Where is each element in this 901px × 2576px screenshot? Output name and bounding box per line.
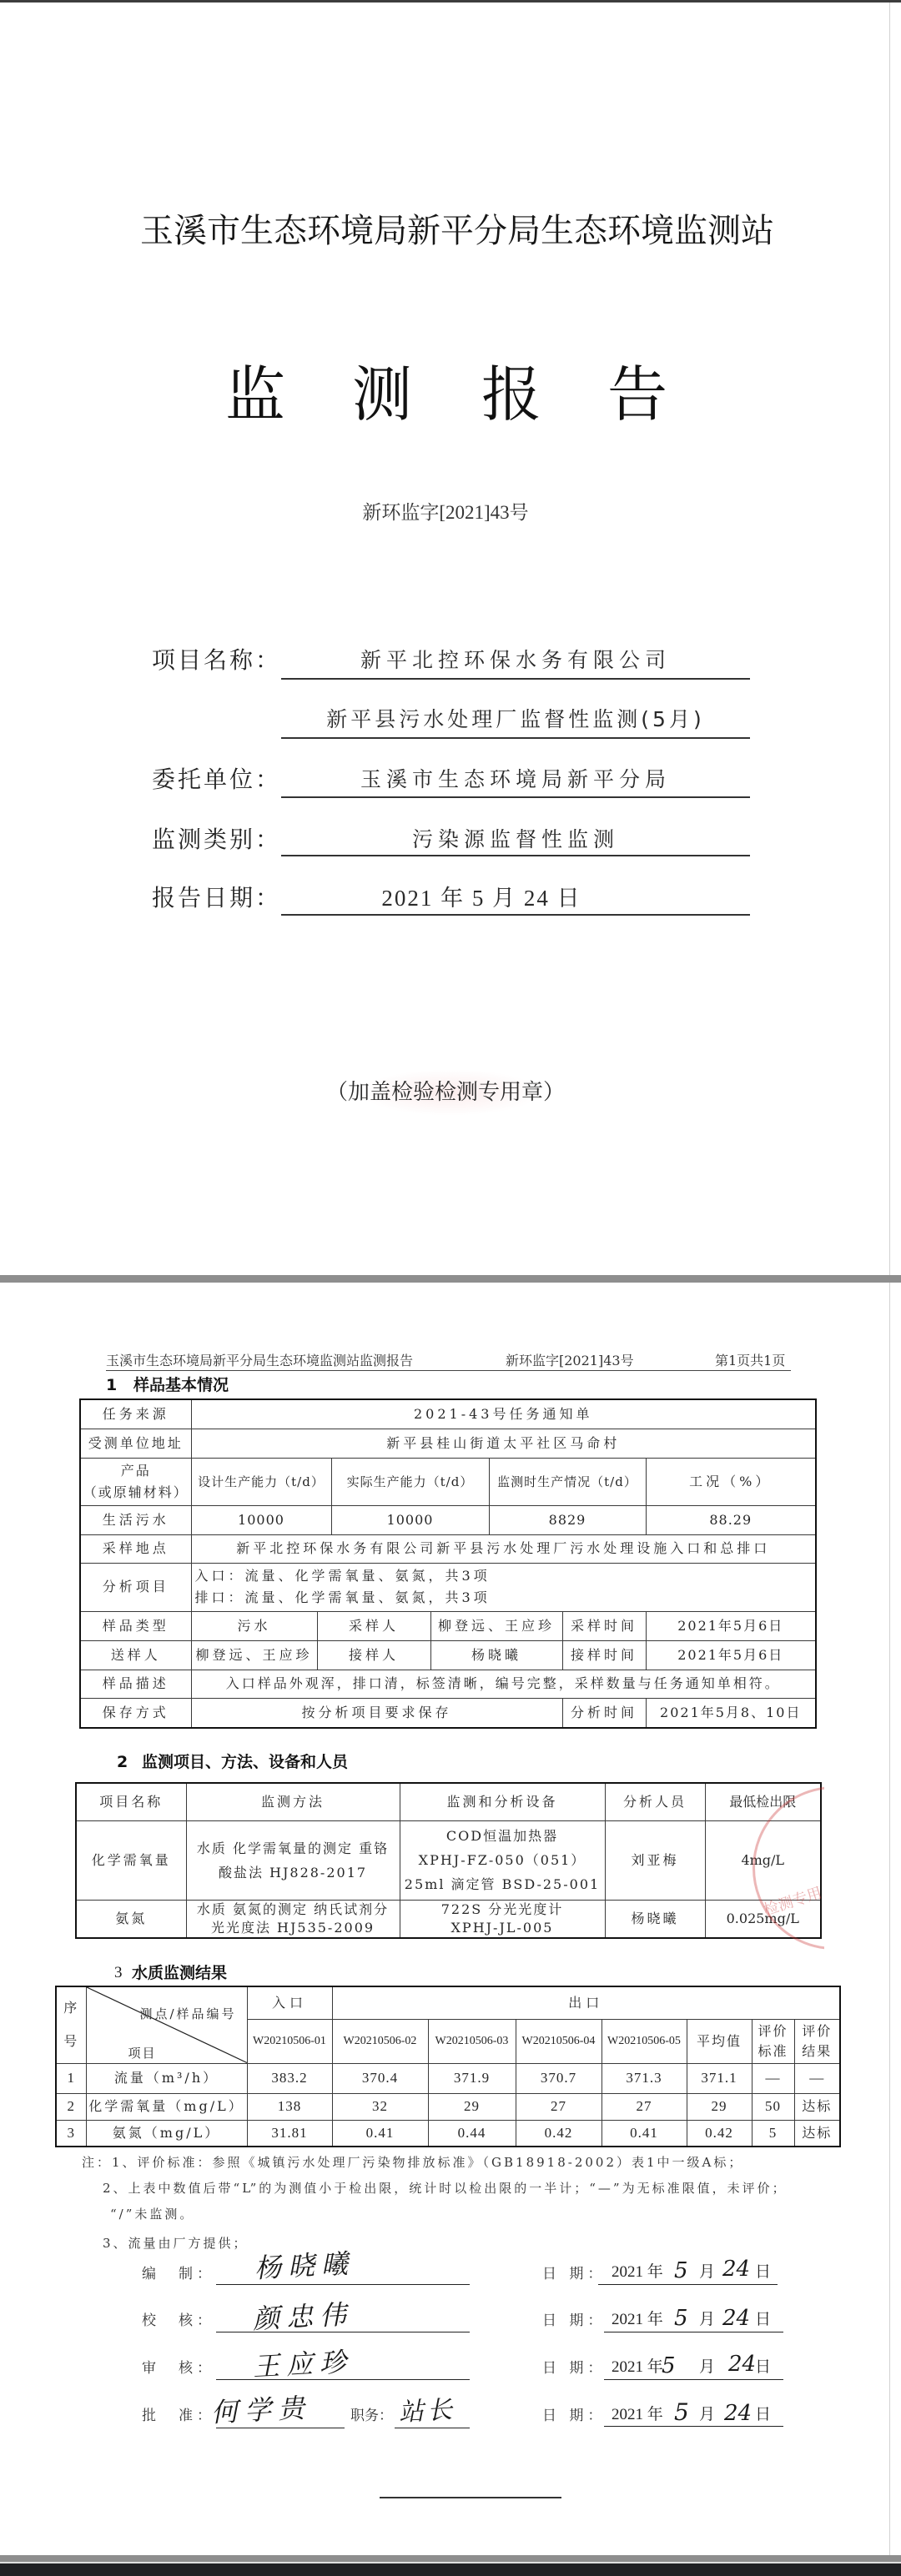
- cell-value: 138: [247, 2093, 332, 2120]
- signature-checked: 颜忠伟: [252, 2297, 354, 2336]
- header-item: 项目名称: [76, 1783, 186, 1820]
- header-item: 项目: [128, 2045, 157, 2061]
- label-analysis-time: 分析时间: [562, 1698, 646, 1728]
- header-seq-char: 号: [58, 2025, 85, 2058]
- header-sample-id: W20210506-02: [332, 2019, 428, 2063]
- value-product: 生活污水: [80, 1505, 191, 1534]
- cell-value: 370.4: [332, 2063, 428, 2093]
- label-product-line: 产品: [82, 1460, 190, 1482]
- cell-item: 流量（m³/h）: [86, 2063, 247, 2093]
- table-row: 3 氨氮（mg/L） 31.81 0.41 0.44 0.42 0.41 0.4…: [56, 2120, 840, 2147]
- method-line: 光光度法 HJ535-2009: [188, 1919, 399, 1937]
- seal-note: （加盖检验检测专用章）: [279, 1078, 612, 1107]
- table-row: 产品 （或原辅材料） 设计生产能力（t/d） 实际生产能力（t/d） 监测时生产…: [80, 1458, 816, 1505]
- table-row: 化学需氧量 水质 化学需氧量的测定 重铬 酸盐法 HJ828-2017 COD恒…: [76, 1820, 821, 1900]
- viewer-top-border: [0, 0, 901, 3]
- cell-analyst: 刘亚梅: [605, 1820, 705, 1900]
- header-seq: 序 号: [56, 1986, 86, 2063]
- header-seq-char: 序: [58, 1991, 85, 2025]
- label-task-source: 任务来源: [80, 1399, 191, 1429]
- section-3-number: 3: [114, 1962, 123, 1984]
- header-method: 监测方法: [186, 1783, 400, 1820]
- cell-value: 31.81: [247, 2120, 332, 2147]
- cell-value: 371.3: [602, 2063, 687, 2093]
- date-month-handwritten: 5: [674, 2402, 689, 2423]
- equipment-line: XPHJ-JL-005: [401, 1919, 604, 1937]
- value-analysis-time: 2021年5月8、10日: [646, 1698, 816, 1728]
- header-equipment: 监测和分析设备: [400, 1783, 605, 1820]
- field-value-project-title: 新平县污水处理厂监督性监测(5月): [281, 706, 750, 734]
- field-underline: [281, 855, 750, 856]
- value-analysis-items: 入口：流量、化学需氧量、氨氮，共3项 排口：流量、化学需氧量、氨氮，共3项: [191, 1563, 816, 1611]
- label-sample-type: 样品类型: [80, 1611, 191, 1640]
- date-underline: [598, 2284, 778, 2285]
- running-header-page-info: 第1页共1页: [715, 1353, 785, 1369]
- value-sampling-time: 2021年5月6日: [646, 1611, 816, 1640]
- running-header-doc-number: 新环监字[2021]43号: [506, 1353, 634, 1369]
- field-value-client: 玉溪市生态环境局新平分局: [281, 766, 750, 794]
- date-day-unit: 日: [755, 2357, 771, 2378]
- label-storage: 保存方式: [80, 1698, 191, 1728]
- header-result-line: 评价: [796, 2021, 839, 2041]
- table-row: 送样人 柳登远、王应珍 接样人 杨晓曦 接样时间 2021年5月6日: [80, 1640, 816, 1670]
- method-line: 水质 氨氮的测定 纳氏试剂分: [188, 1901, 399, 1919]
- cell-value: 27: [602, 2093, 687, 2120]
- value-receiver: 杨晓曦: [430, 1640, 562, 1670]
- table-row: 2 化学需氧量（mg/L） 138 32 29 27 27 29 50 达标: [56, 2093, 840, 2120]
- value-task-source: 2021-43号任务通知单: [191, 1399, 816, 1429]
- header-load: 工况（%）: [646, 1458, 816, 1505]
- cell-standard: —: [752, 2063, 794, 2093]
- methods-table: 项目名称 监测方法 监测和分析设备 分析人员 最低检出限 化学需氧量 水质 化学…: [75, 1782, 822, 1939]
- note-line: 3、流量由厂方提供；: [103, 2235, 249, 2252]
- field-label-project: 项目名称：: [152, 645, 281, 675]
- date-underline: [604, 2379, 783, 2380]
- header-sample-id: W20210506-03: [428, 2019, 516, 2063]
- page-bottom-shadow: [0, 2555, 901, 2562]
- value-actual-capacity: 10000: [331, 1505, 489, 1534]
- cell-value: 27: [516, 2093, 602, 2120]
- table-header-row: 序 号 测点/样品编号 项目 入口 出口: [56, 1986, 840, 2019]
- date-day-unit: 日: [755, 2309, 771, 2331]
- note-line: 2、上表中数值后带“L”的为测值小于检出限，统计时以检出限的一半计；“—”为无标…: [103, 2180, 788, 2197]
- cell-result: —: [794, 2063, 840, 2093]
- field-underline: [281, 737, 750, 739]
- cell-value: 0.44: [428, 2120, 516, 2147]
- label-sampling-time: 采样时间: [562, 1611, 646, 1640]
- role-label-checked: 校 核：: [142, 2311, 215, 2331]
- signature-approved: 何学贵: [210, 2391, 312, 2429]
- table-row: 样品类型 污水 采样人 柳登远、王应珍 采样时间 2021年5月6日: [80, 1611, 816, 1640]
- cell-value: 32: [332, 2093, 428, 2120]
- signature-underline: [216, 2379, 470, 2380]
- signature-underline: [216, 2284, 470, 2285]
- value-storage: 按分析项目要求保存: [191, 1698, 562, 1728]
- table-row: 氨氮 水质 氨氮的测定 纳氏试剂分 光光度法 HJ535-2009 722S 分…: [76, 1900, 821, 1938]
- cell-value: 0.41: [602, 2120, 687, 2147]
- cell-result: 达标: [794, 2120, 840, 2147]
- date-label: 日 期：: [542, 2264, 606, 2284]
- org-title: 玉溪市生态环境局新平分局生态环境监测站: [0, 210, 901, 252]
- header-sample-id: W20210506-01: [247, 2019, 332, 2063]
- cell-equipment: COD恒温加热器 XPHJ-FZ-050（051） 25ml 滴定管 BSD-2…: [400, 1820, 605, 1900]
- cell-standard: 50: [752, 2093, 794, 2120]
- cell-standard: 5: [752, 2120, 794, 2147]
- date-year: 2021 年: [612, 2309, 663, 2331]
- equipment-line: COD恒温加热器: [401, 1824, 604, 1848]
- signature-reviewed: 王应珍: [252, 2345, 354, 2383]
- page-right-edge: [889, 3, 890, 1275]
- date-month-unit: 月: [699, 2309, 715, 2331]
- header-sampling-point: 测点/样品编号: [139, 2006, 236, 2022]
- cell-seq: 3: [56, 2120, 86, 2147]
- equipment-line: 722S 分光光度计: [401, 1901, 604, 1919]
- doc-number: 新环监字[2021]43号: [279, 500, 612, 525]
- label-receive-time: 接样时间: [562, 1640, 646, 1670]
- field-label-client: 委托单位：: [152, 765, 281, 795]
- label-sampler: 采样人: [317, 1611, 430, 1640]
- value-sample-type: 污水: [191, 1611, 317, 1640]
- header-analyst: 分析人员: [605, 1783, 705, 1820]
- table-header-row: 项目名称 监测方法 监测和分析设备 分析人员 最低检出限: [76, 1783, 821, 1820]
- value-load: 88.29: [646, 1505, 816, 1534]
- table-row: 分析项目 入口：流量、化学需氧量、氨氮，共3项 排口：流量、化学需氧量、氨氮，共…: [80, 1563, 816, 1611]
- signature-title: 站长: [398, 2393, 456, 2430]
- report-title-char: 报: [474, 361, 549, 428]
- title-underline: [395, 2428, 470, 2428]
- table-row: 样品描述 入口样品外观浑，排口清，标签清晰，编号完整，采样数量与任务通知单相符。: [80, 1670, 816, 1698]
- diagonal-line: [87, 1987, 247, 2063]
- seal-ring: [753, 1786, 824, 1950]
- field-underline: [281, 914, 750, 916]
- viewer-bottom-bar: [0, 2563, 901, 2576]
- results-table: 序 号 测点/样品编号 项目 入口 出口 W20210506-01 W20210…: [55, 1986, 841, 2147]
- cell-analyst: 杨晓曦: [605, 1900, 705, 1938]
- cell-item: 化学需氧量（mg/L）: [86, 2093, 247, 2120]
- field-underline: [281, 678, 750, 680]
- date-label: 日 期：: [542, 2358, 606, 2378]
- cell-seq: 1: [56, 2063, 86, 2093]
- section-2-title: 监测项目、方法、设备和人员: [142, 1751, 348, 1773]
- value-design-capacity: 10000: [191, 1505, 331, 1534]
- date-day-unit: 日: [755, 2404, 771, 2426]
- date-month-unit: 月: [699, 2262, 715, 2283]
- date-reviewed: 2021 年 5 月 24 日: [612, 2357, 778, 2378]
- table-row: 保存方式 按分析项目要求保存 分析时间 2021年5月8、10日: [80, 1698, 816, 1728]
- date-label: 日 期：: [542, 2311, 606, 2331]
- date-month-handwritten: 5: [674, 2260, 688, 2282]
- report-title-char: 告: [600, 361, 675, 428]
- value-during-capacity: 8829: [489, 1505, 646, 1534]
- date-month-unit: 月: [699, 2404, 715, 2426]
- official-seal-stamp: 检测专用: [734, 1785, 824, 1951]
- label-address: 受测单位地址: [80, 1429, 191, 1458]
- header-diagonal-cell: 测点/样品编号 项目: [86, 1986, 247, 2063]
- cell-value: 383.2: [247, 2063, 332, 2093]
- date-label: 日 期：: [542, 2406, 606, 2426]
- value-delivery: 柳登远、王应珍: [191, 1640, 317, 1670]
- method-line: 酸盐法 HJ828-2017: [188, 1860, 399, 1885]
- section-3-title: 水质监测结果: [132, 1962, 227, 1984]
- cell-item: 化学需氧量: [76, 1820, 186, 1900]
- date-year: 2021 年: [612, 2357, 663, 2378]
- role-label-approved: 批 准：: [142, 2406, 215, 2426]
- date-year: 2021 年: [612, 2404, 663, 2426]
- header-during-capacity: 监测时生产情况（t/d）: [489, 1458, 646, 1505]
- equipment-line: 25ml 滴定管 BSD-25-001: [401, 1872, 604, 1896]
- signature-underline: [216, 2428, 345, 2428]
- analysis-items-inlet: 入口：流量、化学需氧量、氨氮，共3项: [195, 1565, 815, 1587]
- date-day-unit: 日: [755, 2262, 771, 2283]
- section-1-number: 1: [106, 1374, 117, 1396]
- sample-info-table: 任务来源 2021-43号任务通知单 受测单位地址 新平县桂山街道太平社区马命村…: [79, 1398, 817, 1729]
- analysis-items-outlet: 排口：流量、化学需氧量、氨氮，共3项: [195, 1587, 815, 1609]
- date-month-unit: 月: [699, 2357, 715, 2378]
- section-2-number: 2: [117, 1751, 128, 1773]
- role-label-prepared: 编 制：: [142, 2264, 215, 2284]
- cell-value: 370.7: [516, 2063, 602, 2093]
- value-sampler: 柳登远、王应珍: [430, 1611, 562, 1640]
- field-label-category: 监测类别：: [152, 825, 281, 855]
- cell-value: 29: [428, 2093, 516, 2120]
- label-analysis-items: 分析项目: [80, 1563, 191, 1611]
- label-site: 采样地点: [80, 1534, 191, 1563]
- header-standard-line: 标准: [753, 2041, 793, 2061]
- report-title-char: 测: [345, 361, 420, 428]
- header-sample-id: W20210506-04: [516, 2019, 602, 2063]
- field-value-project-company: 新平北控环保水务有限公司: [281, 646, 750, 675]
- method-line: 水质 化学需氧量的测定 重铬: [188, 1836, 399, 1860]
- header-sample-id: W20210506-05: [602, 2019, 687, 2063]
- table-row: 1 流量（m³/h） 383.2 370.4 371.9 370.7 371.3…: [56, 2063, 840, 2093]
- field-label-report-date: 报告日期：: [152, 883, 281, 913]
- header-actual-capacity: 实际生产能力（t/d）: [331, 1458, 489, 1505]
- note-line: 注：1、评价标准：参照《城镇污水处理厂污染物排放标准》（GB18918-2002…: [82, 2154, 743, 2171]
- label-delivery: 送样人: [80, 1640, 191, 1670]
- page-right-edge: [889, 1283, 890, 2555]
- label-product-line: （或原辅材料）: [82, 1482, 190, 1504]
- date-day-handwritten: 24: [728, 2353, 756, 2375]
- table-row: 采样地点 新平北控环保水务有限公司新平县污水处理厂污水处理设施入口和总排口: [80, 1534, 816, 1563]
- date-day-handwritten: 24: [724, 2403, 752, 2424]
- date-checked: 2021 年 5 月 24 日: [612, 2309, 778, 2331]
- header-outlet: 出口: [332, 1986, 840, 2019]
- header-inlet: 入口: [247, 1986, 332, 2019]
- cell-result: 达标: [794, 2093, 840, 2120]
- date-year: 2021 年: [612, 2262, 663, 2283]
- header-average: 平均值: [687, 2019, 752, 2063]
- running-header-underline: [106, 1370, 791, 1371]
- table-row: 任务来源 2021-43号任务通知单: [80, 1399, 816, 1429]
- field-underline: [281, 796, 750, 798]
- field-value-category: 污染源监督性监测: [281, 826, 750, 854]
- report-title-char: 监: [218, 361, 293, 428]
- label-product: 产品 （或原辅材料）: [80, 1458, 191, 1505]
- date-underline: [604, 2426, 783, 2427]
- section-1-title: 样品基本情况: [133, 1374, 229, 1396]
- cell-value: 371.9: [428, 2063, 516, 2093]
- cell-average: 371.1: [687, 2063, 752, 2093]
- document-end-line: [380, 2497, 561, 2498]
- cell-value: 0.42: [516, 2120, 602, 2147]
- header-result-line: 结果: [796, 2041, 839, 2061]
- cell-method: 水质 氨氮的测定 纳氏试剂分 光光度法 HJ535-2009: [186, 1900, 400, 1938]
- signature-underline: [216, 2332, 470, 2332]
- date-underline: [604, 2332, 783, 2332]
- note-line: “/”未监测。: [110, 2206, 194, 2222]
- date-approved: 2021 年 5 月 24 日: [612, 2404, 778, 2426]
- cell-method: 水质 化学需氧量的测定 重铬 酸盐法 HJ828-2017: [186, 1820, 400, 1900]
- date-month-handwritten: 5: [662, 2355, 676, 2377]
- table-row: 受测单位地址 新平县桂山街道太平社区马命村: [80, 1429, 816, 1458]
- cell-item: 氨氮: [76, 1900, 186, 1938]
- date-day-handwritten: 24: [722, 2258, 750, 2280]
- header-standard: 评价 标准: [752, 2019, 794, 2063]
- title-label: 职务：: [350, 2406, 393, 2426]
- value-site: 新平北控环保水务有限公司新平县污水处理厂污水处理设施入口和总排口: [191, 1534, 816, 1563]
- value-description: 入口样品外观浑，排口清，标签清晰，编号完整，采样数量与任务通知单相符。: [191, 1670, 816, 1698]
- equipment-line: XPHJ-FZ-050（051）: [401, 1848, 604, 1872]
- date-month-handwritten: 5: [674, 2307, 688, 2329]
- cell-value: 0.41: [332, 2120, 428, 2147]
- role-label-reviewed: 审 核：: [142, 2358, 215, 2378]
- date-day-handwritten: 24: [722, 2307, 750, 2329]
- cell-seq: 2: [56, 2093, 86, 2120]
- cell-item: 氨氮（mg/L）: [86, 2120, 247, 2147]
- date-prepared: 2021 年 5 月 24 日: [612, 2262, 778, 2283]
- running-header-title: 玉溪市生态环境局新平分局生态环境监测站监测报告: [106, 1353, 413, 1369]
- cell-equipment: 722S 分光光度计 XPHJ-JL-005: [400, 1900, 605, 1938]
- label-receiver: 接样人: [317, 1640, 430, 1670]
- table-row: 生活污水 10000 10000 8829 88.29: [80, 1505, 816, 1534]
- value-address: 新平县桂山街道太平社区马命村: [191, 1429, 816, 1458]
- page-separator: [0, 1275, 901, 1283]
- field-value-report-date: 2021 年 5 月 24 日: [281, 884, 682, 912]
- signature-prepared: 杨晓曦: [254, 2247, 355, 2285]
- value-receive-time: 2021年5月6日: [646, 1640, 816, 1670]
- label-description: 样品描述: [80, 1670, 191, 1698]
- header-standard-line: 评价: [753, 2021, 793, 2041]
- cell-average: 0.42: [687, 2120, 752, 2147]
- cell-average: 29: [687, 2093, 752, 2120]
- header-design-capacity: 设计生产能力（t/d）: [191, 1458, 331, 1505]
- header-result: 评价 结果: [794, 2019, 840, 2063]
